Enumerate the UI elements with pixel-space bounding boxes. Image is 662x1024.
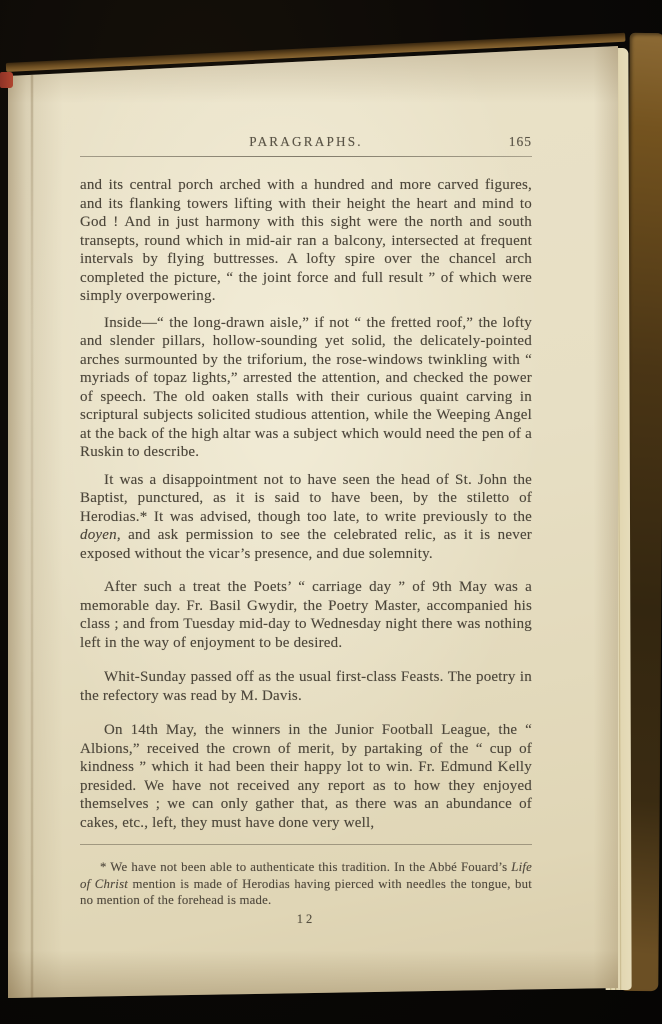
footnote: * We have not been able to authenticate …	[80, 859, 532, 909]
header-rule	[80, 156, 532, 157]
paragraph-1: and its central porch arched with a hund…	[80, 176, 532, 306]
spine-headband	[0, 72, 13, 88]
gutter-crease	[31, 46, 33, 998]
paragraph-3-text-after: , and ask permission to see the celebrat…	[80, 527, 532, 562]
paragraph-5: Whit-Sunday passed off as the usual firs…	[80, 668, 532, 705]
page-number: 165	[509, 133, 532, 152]
paragraph-6: On 14th May, the winners in the Junior F…	[80, 721, 532, 832]
footnote-rule	[80, 844, 532, 845]
running-header: PARAGRAPHS. 165	[80, 133, 532, 149]
signature-mark: 12	[80, 910, 532, 929]
paragraph-3-italic-word: doyen	[80, 527, 117, 543]
paragraph-3-text: It was a disappointment not to have seen…	[80, 472, 532, 525]
page-content: PARAGRAPHS. 165 and its central porch ar…	[80, 133, 532, 928]
paragraph-4: After such a treat the Poets’ “ carriage…	[80, 578, 532, 652]
footnote-text: * We have not been able to authenticate …	[100, 860, 511, 874]
running-header-title: PARAGRAPHS.	[249, 134, 363, 149]
paragraph-3: It was a disappointment not to have seen…	[80, 471, 532, 564]
book-page: PARAGRAPHS. 165 and its central porch ar…	[8, 46, 618, 998]
photo-background: PARAGRAPHS. 165 and its central porch ar…	[0, 0, 662, 1024]
paragraph-2: Inside—“ the long-drawn aisle,” if not “…	[80, 314, 532, 462]
footnote-text-after: mention is made of Herodias having pierc…	[80, 877, 532, 908]
